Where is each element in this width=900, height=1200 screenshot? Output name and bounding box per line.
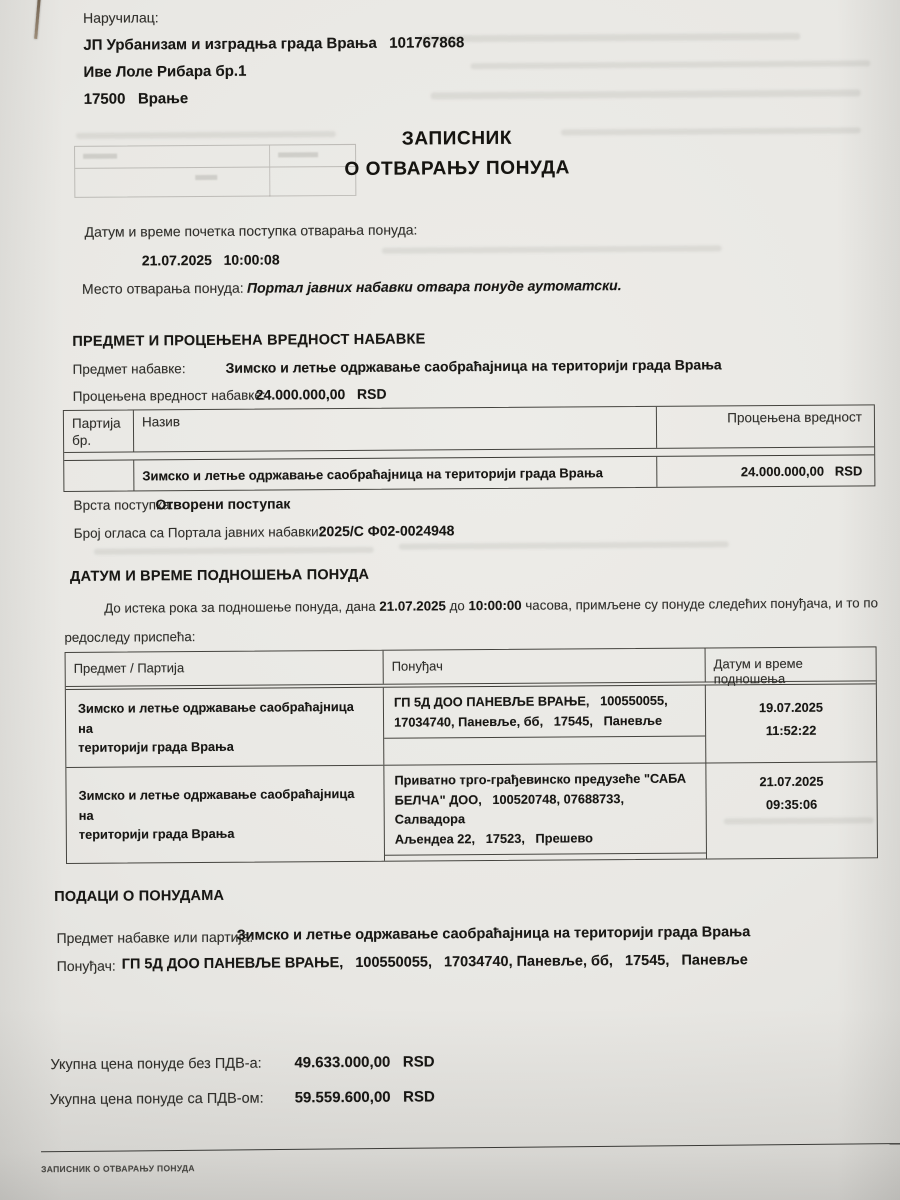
customer-label: Наручилац: xyxy=(83,9,159,26)
bids-table: Предмет / Партија Понуђач Датум и време … xyxy=(65,646,878,864)
bid-bidder-cell: ГП 5Д ДОО ПАНЕВЉЕ ВРАЊЕ, 100550055, 1703… xyxy=(384,686,707,765)
bid-bidder-empty xyxy=(384,737,705,765)
intro-text: До истека рока за подношење понуда, дана xyxy=(104,599,379,616)
total-net-value: 49.633.000,00 RSD xyxy=(294,1053,434,1071)
bid-bidder-empty xyxy=(385,854,706,861)
offer-bidder-value: ГП 5Д ДОО ПАНЕВЉЕ ВРАЊЕ, 100550055, 1703… xyxy=(122,952,748,972)
bid-date: 19.07.2025 xyxy=(759,700,823,715)
document: Наручилац: ЈП Урбанизам и изградња града… xyxy=(0,0,900,1200)
bid-datetime-cell: 19.07.2025 11:52:22 xyxy=(706,684,877,762)
offer-subject-value: Зимско и летње одржавање саобраћајница н… xyxy=(236,924,750,944)
customer-city: 17500 Врање xyxy=(84,90,189,108)
offer-subject-label: Предмет набавке или партија: xyxy=(56,929,253,946)
table-row: Зимско и летње одржавање саобраћајница н… xyxy=(64,455,874,491)
opening-datetime-value: 21.07.2025 10:00:08 xyxy=(142,251,280,268)
bid-subject: Зимско и летње одржавање саобраћајница н… xyxy=(66,766,385,863)
bid-bidder: ГП 5Д ДОО ПАНЕВЉЕ ВРАЊЕ, 100550055, 1703… xyxy=(384,686,705,739)
cell-lot xyxy=(64,460,134,490)
column-header-subject: Предмет / Партија xyxy=(66,651,384,686)
procedure-type-value: Отворени поступак xyxy=(155,495,290,512)
footer-title: ЗАПИСНИК О ОТВАРАЊУ ПОНУДА xyxy=(41,1163,195,1174)
bid-time: 09:35:06 xyxy=(766,797,817,812)
estimated-value-label: Процењена вредност набавке: xyxy=(73,388,266,404)
bid-time: 11:52:22 xyxy=(766,723,817,738)
column-header-lot: Партија бр. xyxy=(64,410,134,451)
bid-bidder-cell: Приватно трго-грађевинско предузеће "САБ… xyxy=(384,764,707,861)
bid-subject: Зимско и летње одржавање саобраћајница н… xyxy=(66,688,385,767)
total-gross-label: Укупна цена понуде са ПДВ-ом: xyxy=(50,1091,264,1108)
cell-value: 24.000.000,00 RSD xyxy=(657,455,874,487)
subject-value: Зимско и летње одржавање саобраћајница н… xyxy=(226,356,722,375)
estimated-value: 24.000.000,00 RSD xyxy=(256,386,387,403)
column-header-bidder: Понуђач xyxy=(384,649,706,684)
bid-row: Зимско и летње одржавање саобраћајница н… xyxy=(66,684,877,768)
bleed-through-smudge xyxy=(431,89,861,99)
footer-rule xyxy=(41,1143,900,1152)
customer-street: Иве Лоле Рибара бр.1 xyxy=(83,63,246,81)
document-title-line1: ЗАПИСНИК xyxy=(1,125,900,153)
notice-number-value: 2025/С Ф02-0024948 xyxy=(319,522,455,539)
column-header-name: Назив xyxy=(134,407,657,452)
bleed-through-smudge xyxy=(470,60,870,69)
opening-datetime-label: Датум и време почетка поступка отварања … xyxy=(85,222,418,240)
bids-section-heading: ДАТУМ И ВРЕМЕ ПОДНОШЕЊА ПОНУДА xyxy=(70,567,369,585)
offer-bidder-label: Понуђач: xyxy=(57,958,116,974)
bleed-through-smudge xyxy=(420,33,800,43)
scanned-page: Наручилац: ЈП Урбанизам и изградња града… xyxy=(0,0,900,1200)
intro-text: до xyxy=(446,598,469,613)
bids-intro-paragraph: До истека рока за подношење понуда, дана… xyxy=(64,588,878,652)
offer-section-heading: ПОДАЦИ О ПОНУДАМА xyxy=(54,888,224,905)
subject-section-heading: ПРЕДМЕТ И ПРОЦЕЊЕНА ВРЕДНОСТ НАБАВКЕ xyxy=(72,331,425,349)
customer-name: ЈП Урбанизам и изградња града Врања 1017… xyxy=(83,34,464,54)
notice-number-label: Број огласа са Портала јавних набавки: xyxy=(74,524,323,541)
bleed-through-smudge xyxy=(382,245,722,253)
bleed-through-smudge xyxy=(94,547,374,555)
cell-name: Зимско и летње одржавање саобраћајница н… xyxy=(134,457,657,491)
estimated-value-table: Партија бр. Назив Процењена вредност Зим… xyxy=(63,404,876,492)
bid-date: 21.07.2025 xyxy=(759,774,823,789)
bid-datetime-cell: 21.07.2025 09:35:06 xyxy=(706,762,877,858)
bid-bidder: Приватно трго-грађевинско предузеће "САБ… xyxy=(384,764,706,856)
column-header-value: Процењена вредност xyxy=(657,405,874,448)
column-header-datetime: Датум и време подношења xyxy=(706,647,876,681)
total-net-label: Укупна цена понуде без ПДВ-а: xyxy=(50,1056,261,1073)
subject-label: Предмет набавке: xyxy=(73,361,186,377)
intro-deadline-time: 10:00:00 xyxy=(468,598,521,613)
bids-table-header: Предмет / Партија Понуђач Датум и време … xyxy=(66,647,876,687)
bid-row: Зимско и летње одржавање саобраћајница н… xyxy=(66,762,877,863)
opening-place-label: Место отварања понуда: xyxy=(82,280,244,297)
bleed-through-smudge xyxy=(399,541,729,549)
total-gross-value: 59.559.600,00 RSD xyxy=(295,1088,435,1106)
intro-deadline-date: 21.07.2025 xyxy=(379,598,446,613)
opening-place-value: Портал јавних набавки отвара понуде ауто… xyxy=(247,277,622,296)
estimated-value-table-header: Партија бр. Назив Процењена вредност xyxy=(64,405,874,453)
